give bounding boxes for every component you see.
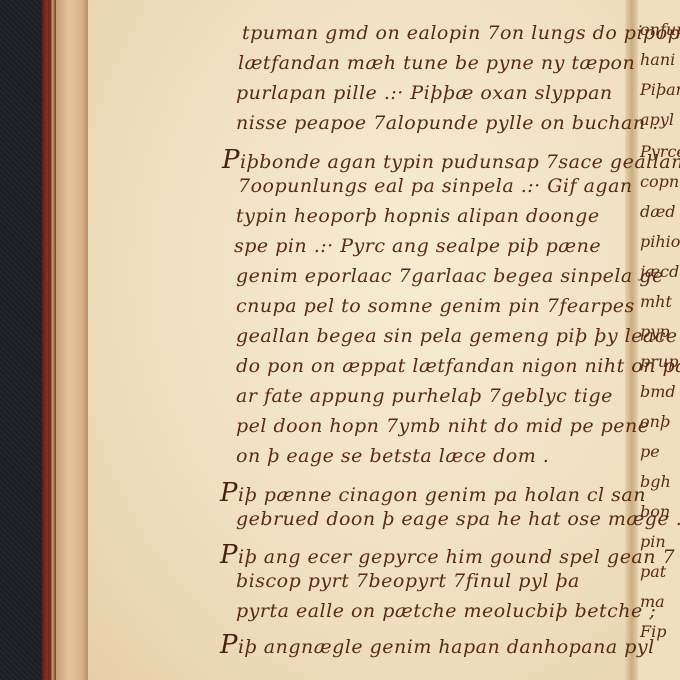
- manuscript-line: spe pin .:· Pyrc ang sealpe piþ pæne: [234, 235, 601, 257]
- manuscript-line: ar fate appung purhelaþ 7geblyc tige: [236, 385, 613, 407]
- manuscript-line: Piþ ang ecer gepyrce him gound spel gean…: [220, 540, 675, 570]
- manuscript-line: geallan begea sin pela gemeng piþ þy lea…: [236, 325, 678, 347]
- book-cover-cloth: [0, 0, 42, 680]
- manuscript-line: typin heoporþ hopnis alipan doonge: [236, 205, 600, 227]
- facing-page-line: dæd: [640, 202, 676, 221]
- leather-spine-edge: [42, 0, 56, 680]
- manuscript-line: 7oopunlungs eal pa sinpela .:· Gif agan: [238, 175, 633, 197]
- manuscript-line: genim eporlaac 7garlaac begea sinpela ge: [236, 265, 664, 287]
- manuscript-line: do pon on æppat lætfandan nigon niht on …: [236, 355, 680, 377]
- manuscript-line: pel doon hopn 7ymb niht do mid pe pene: [236, 415, 650, 437]
- facing-page-line: hani: [640, 50, 675, 69]
- manuscript-line: pyrta ealle on pætche meolucbiþ betche ;: [236, 600, 656, 622]
- manuscript-line: on þ eage se betsta læce dom .: [236, 445, 549, 467]
- manuscript-line: cnupa pel to somne genim pin 7fearpes: [236, 295, 635, 317]
- manuscript-line: lætfandan mæh tune be pyne ny tæpon: [238, 52, 635, 74]
- page-edge-board: [56, 0, 88, 680]
- facing-page-line: pe: [640, 442, 660, 461]
- manuscript-line: biscop pyrt 7beopyrt 7finul pyl þa: [236, 570, 580, 592]
- manuscript-line: Piþbonde agan typin pudunsap 7sace geall…: [222, 145, 680, 175]
- manuscript-line: nisse peapoe 7alopunde pylle on buchan .: [236, 112, 659, 134]
- facing-page-line: mht: [640, 292, 672, 311]
- manuscript-line: gebrued doon þ eage spa he hat ose mæge …: [236, 508, 680, 530]
- facing-page-line: pihio: [640, 232, 680, 251]
- facing-page-line: Piþang: [640, 80, 680, 99]
- manuscript-line: purlapan pille .:· Piþþæ oxan slyppan: [236, 82, 613, 104]
- facing-page-line: bmd: [640, 382, 676, 401]
- manuscript-line: Piþ angnægle genim hapan danhopana pyl: [220, 630, 655, 660]
- manuscript-line: tpuman gmd on ealopin 7on lungs do pipop…: [242, 22, 680, 44]
- manuscript-line: Piþ pænne cinagon genim pa holan cl san: [220, 478, 646, 508]
